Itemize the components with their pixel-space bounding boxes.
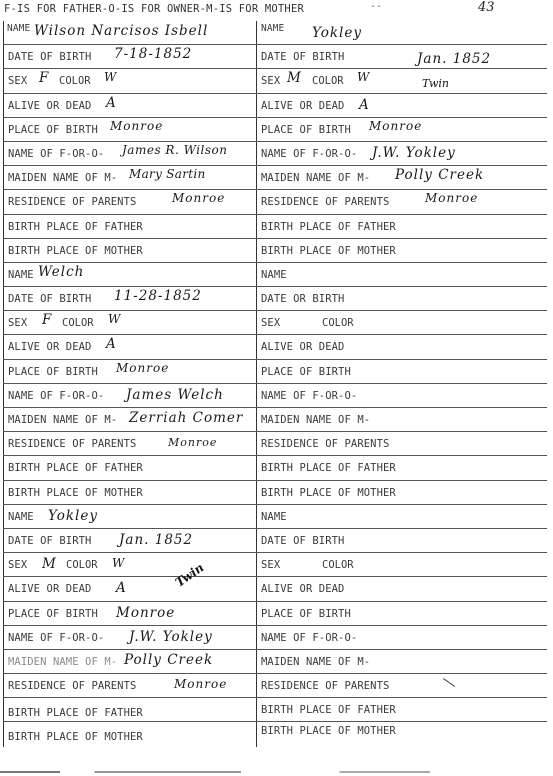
name-of-f-or-o-label: NAME OF F-OR-O- [8, 148, 104, 160]
birth-place-mother-label: BIRTH PLACE OF MOTHER [8, 245, 143, 257]
row-maiden-name: MAIDEN NAME OF M- Mary Sartin MAIDEN NAM… [3, 166, 547, 190]
residence-label: RESIDENCE OF PARENTS [261, 680, 389, 692]
row-residence-of-parents: RESIDENCE OF PARENTS Monroe RESIDENCE OF… [3, 432, 547, 456]
residence-value: Monroe [425, 191, 478, 205]
record-1-left-father-cell: NAME OF F-OR-O- James R. Wilson [3, 142, 256, 165]
record-1-left-alive-cell: ALIVE OR DEAD A [3, 94, 256, 117]
record-1-right-dob-cell: DATE OF BIRTH Jan. 1852 [256, 45, 547, 68]
alive-or-dead-label: ALIVE OR DEAD [261, 341, 344, 353]
record-3-right-residence-cell: RESIDENCE OF PARENTS [256, 674, 547, 697]
record-3-right-sex-cell: SEX COLOR [256, 553, 547, 576]
birth-place-mother-label: BIRTH PLACE OF MOTHER [8, 487, 143, 499]
birth-place-father-label: BIRTH PLACE OF FATHER [261, 462, 396, 474]
color-label: COLOR [59, 75, 91, 87]
record-1-left-mother-cell: MAIDEN NAME OF M- Mary Sartin [3, 166, 256, 189]
record-3-right-bpf-cell: BIRTH PLACE OF FATHER [256, 698, 547, 721]
place-of-birth-label: PLACE OF BIRTH [261, 124, 351, 136]
maiden-name-label: MAIDEN NAME OF M- [261, 656, 370, 668]
record-2-right-bpf-cell: BIRTH PLACE OF FATHER [256, 456, 547, 479]
place-of-birth-label: PLACE OF BIRTH [8, 124, 98, 136]
date-of-birth-value: 7-18-1852 [114, 46, 192, 62]
record-3-left-pob-cell: PLACE OF BIRTH Monroe [3, 602, 256, 625]
birth-place-father-label: BIRTH PLACE OF FATHER [8, 462, 143, 474]
record-2-left-pob-cell: PLACE OF BIRTH Monroe [3, 360, 256, 383]
record-1-left-residence-cell: RESIDENCE OF PARENTS Monroe [3, 190, 256, 213]
row-birth-place-father: BIRTH PLACE OF FATHER BIRTH PLACE OF FAT… [3, 215, 547, 239]
record-3-right-bpm-cell: BIRTH PLACE OF MOTHER [256, 722, 547, 746]
name-of-f-or-o-label: NAME OF F-OR-O- [261, 148, 357, 160]
row-name: NAME Yokley NAME [3, 505, 547, 529]
residence-value: Monroe [172, 191, 225, 205]
birth-place-mother-label: BIRTH PLACE OF MOTHER [261, 487, 396, 499]
name-value: Wilson Narcisos Isbell [34, 23, 208, 39]
record-1-left-bpf-cell: BIRTH PLACE OF FATHER [3, 215, 256, 238]
twin-annotation: Twin [422, 77, 449, 90]
name-of-f-or-o-label: NAME OF F-OR-O- [8, 632, 104, 644]
alive-or-dead-value: A [106, 95, 117, 111]
row-birth-place-father: BIRTH PLACE OF FATHER BIRTH PLACE OF FAT… [3, 698, 547, 722]
alive-or-dead-value: A [116, 580, 127, 596]
record-3-right-alive-cell: ALIVE OR DEAD [256, 577, 547, 600]
record-3-left-dob-cell: DATE OF BIRTH Jan. 1852 [3, 529, 256, 552]
color-value: W [112, 556, 124, 570]
row-name-of-f-or-o: NAME OF F-OR-O- J.W. Yokley NAME OF F-OR… [3, 626, 547, 650]
color-value: W [108, 312, 120, 326]
name-label: NAME [8, 511, 34, 523]
sex-label: SEX [261, 559, 280, 571]
name-label: NAME [261, 511, 287, 523]
birth-place-mother-label: BIRTH PLACE OF MOTHER [261, 725, 396, 737]
date-or-birth-label: DATE OR BIRTH [261, 293, 344, 305]
maiden-name-label: MAIDEN NAME OF M- [8, 414, 117, 426]
record-2-right-mother-cell: MAIDEN NAME OF M- [256, 408, 547, 431]
alive-or-dead-label: ALIVE OR DEAD [8, 583, 91, 595]
record-1-right-residence-cell: RESIDENCE OF PARENTS Monroe [256, 190, 547, 213]
record-3-left-alive-cell: ALIVE OR DEAD A Twin [3, 577, 256, 600]
sex-label: SEX [261, 75, 280, 87]
date-of-birth-label: DATE OF BIRTH [261, 51, 344, 63]
name-value: Yokley [312, 25, 362, 41]
date-of-birth-value: 11-28-1852 [114, 288, 202, 304]
sex-value: F [39, 70, 49, 86]
record-3-right-father-cell: NAME OF F-OR-O- [256, 626, 547, 649]
maiden-name-value: Polly Creek [124, 652, 213, 668]
place-of-birth-value: Monroe [369, 119, 422, 133]
stray-pen-mark [443, 678, 455, 687]
name-label: NAME [261, 23, 284, 34]
color-value: W [104, 70, 116, 84]
record-2-left-bpm-cell: BIRTH PLACE OF MOTHER [3, 481, 256, 504]
name-of-f-or-o-label: NAME OF F-OR-O- [261, 632, 357, 644]
record-3-right-dob-cell: DATE OF BIRTH [256, 529, 547, 552]
row-sex-color: SEX M COLOR W SEX COLOR [3, 553, 547, 577]
row-maiden-name: MAIDEN NAME OF M- Polly Creek MAIDEN NAM… [3, 650, 547, 674]
sex-label: SEX [8, 317, 27, 329]
name-label: NAME [7, 23, 30, 34]
record-2-left-alive-cell: ALIVE OR DEAD A [3, 335, 256, 358]
residence-label: RESIDENCE OF PARENTS [261, 438, 389, 450]
residence-value: Monroe [174, 677, 227, 691]
name-of-f-or-o-value: J.W. Yokley [372, 145, 456, 161]
record-2-left-sex-cell: SEX F COLOR W [3, 311, 256, 334]
record-3-left-bpm-cell: BIRTH PLACE OF MOTHER [3, 722, 256, 746]
row-alive-or-dead: ALIVE OR DEAD A Twin ALIVE OR DEAD [3, 577, 547, 601]
alive-or-dead-value: A [359, 97, 370, 113]
record-3-left-residence-cell: RESIDENCE OF PARENTS Monroe [3, 674, 256, 697]
record-3-left-mother-cell: MAIDEN NAME OF M- Polly Creek [3, 650, 256, 673]
row-birth-place-mother: BIRTH PLACE OF MOTHER BIRTH PLACE OF MOT… [3, 239, 547, 263]
color-label: COLOR [322, 559, 354, 571]
sex-label: SEX [8, 75, 27, 87]
sex-value: M [287, 70, 302, 86]
residence-label: RESIDENCE OF PARENTS [8, 196, 136, 208]
residence-label: RESIDENCE OF PARENTS [8, 680, 136, 692]
record-3-left-bpf-cell: BIRTH PLACE OF FATHER [3, 698, 256, 721]
row-sex-color: SEX F COLOR W SEX COLOR [3, 311, 547, 335]
record-2-right-name-cell: NAME [256, 263, 547, 286]
maiden-name-label: MAIDEN NAME OF M- [8, 656, 117, 668]
birth-place-mother-label: BIRTH PLACE OF MOTHER [261, 245, 396, 257]
record-3-right-name-cell: NAME [256, 505, 547, 528]
record-1-right-name-cell: NAME Yokley [256, 21, 547, 44]
sex-value: F [42, 312, 52, 328]
place-of-birth-label: PLACE OF BIRTH [261, 366, 351, 378]
record-2-right-father-cell: NAME OF F-OR-O- [256, 384, 547, 407]
row-date-of-birth: DATE OF BIRTH 7-18-1852 DATE OF BIRTH Ja… [3, 45, 547, 69]
date-of-birth-label: DATE OF BIRTH [8, 535, 91, 547]
record-1-right-sex-cell: SEX M COLOR W Twin [256, 69, 547, 92]
record-1-right-father-cell: NAME OF F-OR-O- J.W. Yokley [256, 142, 547, 165]
birth-place-father-label: BIRTH PLACE OF FATHER [8, 221, 143, 233]
record-2-left-mother-cell: MAIDEN NAME OF M- Zerriah Comer [3, 408, 256, 431]
row-date-of-birth: DATE OF BIRTH Jan. 1852 DATE OF BIRTH [3, 529, 547, 553]
row-residence-of-parents: RESIDENCE OF PARENTS Monroe RESIDENCE OF… [3, 674, 547, 698]
date-of-birth-label: DATE OF BIRTH [261, 535, 344, 547]
alive-or-dead-label: ALIVE OR DEAD [261, 583, 344, 595]
record-3-right-mother-cell: MAIDEN NAME OF M- [256, 650, 547, 673]
name-label: NAME [8, 269, 34, 281]
birth-place-father-label: BIRTH PLACE OF FATHER [261, 704, 396, 716]
name-of-f-or-o-value: James Welch [126, 387, 224, 403]
alive-or-dead-value: A [106, 336, 117, 352]
maiden-name-label: MAIDEN NAME OF M- [261, 172, 370, 184]
record-3-left-father-cell: NAME OF F-OR-O- J.W. Yokley [3, 626, 256, 649]
residence-label: RESIDENCE OF PARENTS [8, 438, 136, 450]
record-3-left-name-cell: NAME Yokley [3, 505, 256, 528]
record-1-left-sex-cell: SEX F COLOR W [3, 69, 256, 92]
residence-label: RESIDENCE OF PARENTS [261, 196, 389, 208]
record-3-right-pob-cell: PLACE OF BIRTH [256, 602, 547, 625]
place-of-birth-label: PLACE OF BIRTH [261, 608, 351, 620]
date-of-birth-label: DATE OF BIRTH [8, 293, 91, 305]
form-legend: F-IS FOR FATHER-O-IS FOR OWNER-M-IS FOR … [4, 3, 304, 15]
color-label: COLOR [322, 317, 354, 329]
row-date-of-birth: DATE OF BIRTH 11-28-1852 DATE OR BIRTH [3, 287, 547, 311]
alive-or-dead-label: ALIVE OR DEAD [8, 341, 91, 353]
name-of-f-or-o-label: NAME OF F-OR-O- [8, 390, 104, 402]
row-place-of-birth: PLACE OF BIRTH Monroe PLACE OF BIRTH [3, 602, 547, 626]
header-dash-mark: -- [370, 1, 382, 12]
record-2-right-pob-cell: PLACE OF BIRTH [256, 360, 547, 383]
record-3-left-sex-cell: SEX M COLOR W [3, 553, 256, 576]
record-2-right-dob-cell: DATE OR BIRTH [256, 287, 547, 310]
color-value: W [357, 70, 369, 84]
record-1-right-mother-cell: MAIDEN NAME OF M- Polly Creek [256, 166, 547, 189]
record-2-right-alive-cell: ALIVE OR DEAD [256, 335, 547, 358]
record-1-left-dob-cell: DATE OF BIRTH 7-18-1852 [3, 45, 256, 68]
residence-value: Monroe [168, 436, 217, 449]
place-of-birth-value: Monroe [116, 361, 169, 375]
record-1-right-bpf-cell: BIRTH PLACE OF FATHER [256, 215, 547, 238]
date-of-birth-value: Jan. 1852 [119, 532, 193, 548]
birth-record-form: NAME Wilson Narcisos Isbell NAME Yokley … [3, 21, 547, 747]
color-label: COLOR [312, 75, 344, 87]
color-label: COLOR [62, 317, 94, 329]
record-1-left-bpm-cell: BIRTH PLACE OF MOTHER [3, 239, 256, 262]
row-birth-place-mother: BIRTH PLACE OF MOTHER BIRTH PLACE OF MOT… [3, 722, 547, 746]
date-of-birth-label: DATE OF BIRTH [8, 51, 91, 63]
place-of-birth-label: PLACE OF BIRTH [8, 366, 98, 378]
row-place-of-birth: PLACE OF BIRTH Monroe PLACE OF BIRTH [3, 360, 547, 384]
page-number: 43 [478, 0, 495, 15]
row-name-of-f-or-o: NAME OF F-OR-O- James Welch NAME OF F-OR… [3, 384, 547, 408]
record-2-left-bpf-cell: BIRTH PLACE OF FATHER [3, 456, 256, 479]
row-alive-or-dead: ALIVE OR DEAD A ALIVE OR DEAD [3, 335, 547, 359]
sex-label: SEX [8, 559, 27, 571]
record-1-left-pob-cell: PLACE OF BIRTH Monroe [3, 118, 256, 141]
row-name: NAME Wilson Narcisos Isbell NAME Yokley [3, 21, 547, 45]
date-of-birth-value: Jan. 1852 [417, 51, 491, 67]
record-2-right-sex-cell: SEX COLOR [256, 311, 547, 334]
record-2-left-name-cell: NAME Welch [3, 263, 256, 286]
name-of-f-or-o-value: J.W. Yokley [129, 629, 213, 645]
row-residence-of-parents: RESIDENCE OF PARENTS Monroe RESIDENCE OF… [3, 190, 547, 214]
record-1-left-name-cell: NAME Wilson Narcisos Isbell [3, 21, 256, 44]
row-alive-or-dead: ALIVE OR DEAD A ALIVE OR DEAD A [3, 94, 547, 118]
alive-or-dead-label: ALIVE OR DEAD [261, 100, 344, 112]
record-1-right-pob-cell: PLACE OF BIRTH Monroe [256, 118, 547, 141]
row-birth-place-father: BIRTH PLACE OF FATHER BIRTH PLACE OF FAT… [3, 456, 547, 480]
record-1-right-alive-cell: ALIVE OR DEAD A [256, 94, 547, 117]
name-value: Yokley [48, 508, 98, 524]
place-of-birth-value: Monroe [110, 119, 163, 133]
name-label: NAME [261, 269, 287, 281]
row-place-of-birth: PLACE OF BIRTH Monroe PLACE OF BIRTH Mon… [3, 118, 547, 142]
name-of-f-or-o-label: NAME OF F-OR-O- [261, 390, 357, 402]
birth-place-mother-label: BIRTH PLACE OF MOTHER [8, 731, 143, 743]
place-of-birth-value: Monroe [116, 605, 175, 621]
color-label: COLOR [66, 559, 98, 571]
place-of-birth-label: PLACE OF BIRTH [8, 608, 98, 620]
maiden-name-value: Mary Sartin [129, 167, 206, 181]
row-name: NAME Welch NAME [3, 263, 547, 287]
record-2-left-dob-cell: DATE OF BIRTH 11-28-1852 [3, 287, 256, 310]
record-2-left-residence-cell: RESIDENCE OF PARENTS Monroe [3, 432, 256, 455]
alive-or-dead-label: ALIVE OR DEAD [8, 100, 91, 112]
row-name-of-f-or-o: NAME OF F-OR-O- James R. Wilson NAME OF … [3, 142, 547, 166]
row-sex-color: SEX F COLOR W SEX M COLOR W Twin [3, 69, 547, 93]
row-maiden-name: MAIDEN NAME OF M- Zerriah Comer MAIDEN N… [3, 408, 547, 432]
birth-place-father-label: BIRTH PLACE OF FATHER [261, 221, 396, 233]
record-2-right-residence-cell: RESIDENCE OF PARENTS [256, 432, 547, 455]
birth-place-father-label: BIRTH PLACE OF FATHER [8, 707, 143, 719]
name-value: Welch [38, 264, 84, 280]
sex-value: M [42, 556, 57, 572]
maiden-name-value: Polly Creek [395, 167, 484, 183]
record-2-right-bpm-cell: BIRTH PLACE OF MOTHER [256, 481, 547, 504]
maiden-name-label: MAIDEN NAME OF M- [8, 172, 117, 184]
maiden-name-value: Zerriah Comer [129, 410, 243, 426]
record-1-right-bpm-cell: BIRTH PLACE OF MOTHER [256, 239, 547, 262]
scan-edge-smudge [0, 771, 430, 773]
record-2-left-father-cell: NAME OF F-OR-O- James Welch [3, 384, 256, 407]
maiden-name-label: MAIDEN NAME OF M- [261, 414, 370, 426]
sex-label: SEX [261, 317, 280, 329]
row-birth-place-mother: BIRTH PLACE OF MOTHER BIRTH PLACE OF MOT… [3, 481, 547, 505]
name-of-f-or-o-value: James R. Wilson [122, 143, 228, 157]
